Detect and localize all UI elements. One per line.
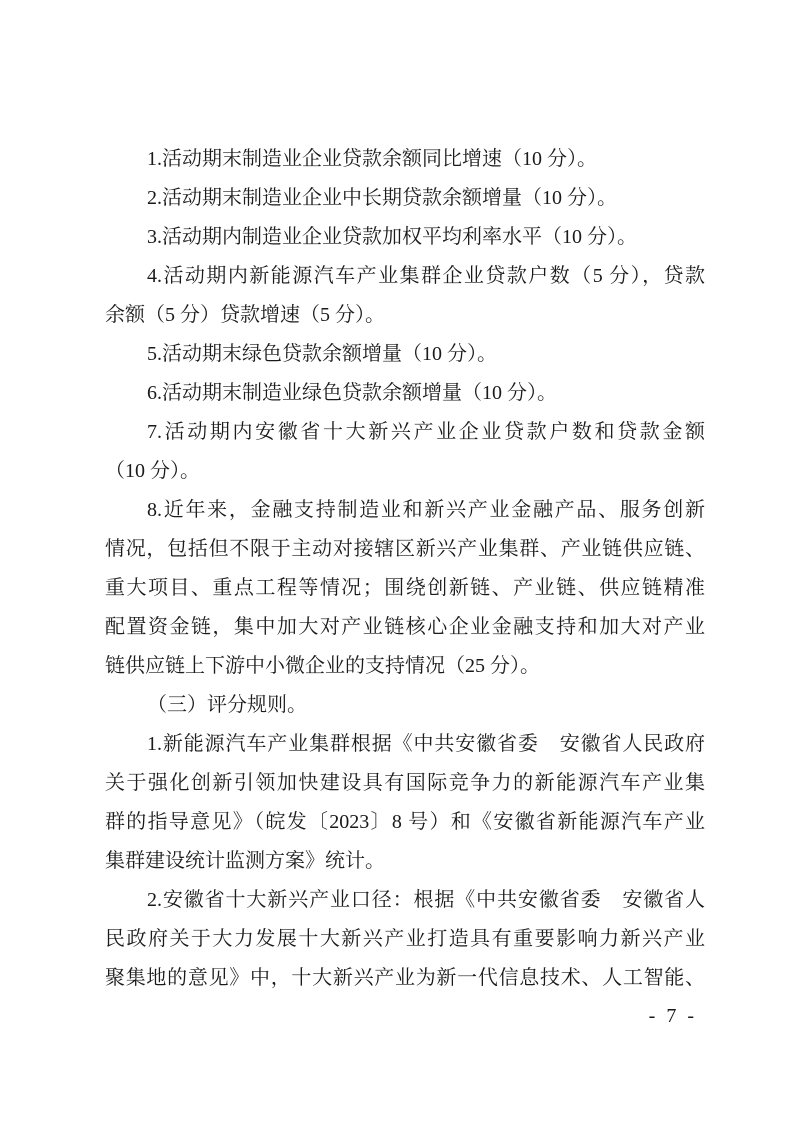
text-line: 链供应链上下游中小微企业的支持情况（25 分）。 <box>105 647 705 686</box>
text-line: 2.安徽省十大新兴产业口径：根据《中共安徽省委 安徽省人 <box>105 881 705 920</box>
text-line: 7.活动期内安徽省十大新兴产业企业贷款户数和贷款金额 <box>105 413 705 452</box>
text-line: 1.新能源汽车产业集群根据《中共安徽省委 安徽省人民政府 <box>105 725 705 764</box>
text-line: 2.活动期末制造业企业中长期贷款余额增量（10 分）。 <box>105 179 705 218</box>
document-body: 1.活动期末制造业企业贷款余额同比增速（10 分）。2.活动期末制造业企业中长期… <box>105 140 705 998</box>
text-line: 关于强化创新引领加快建设具有国际竞争力的新能源汽车产业集 <box>105 764 705 803</box>
text-line: 4.活动期内新能源汽车产业集群企业贷款户数（5 分），贷款 <box>105 257 705 296</box>
text-line: 余额（5 分）贷款增速（5 分）。 <box>105 296 705 335</box>
text-line: 配置资金链，集中加大对产业链核心企业金融支持和加大对产业 <box>105 608 705 647</box>
text-line: 群的指导意见》（皖发〔2023〕8 号）和《安徽省新能源汽车产业 <box>105 803 705 842</box>
page-number: - 7 - <box>649 1004 697 1028</box>
text-line: 3.活动期内制造业企业贷款加权平均利率水平（10 分）。 <box>105 218 705 257</box>
text-line: 6.活动期末制造业绿色贷款余额增量（10 分）。 <box>105 374 705 413</box>
text-line: 5.活动期末绿色贷款余额增量（10 分）。 <box>105 335 705 374</box>
text-line: 民政府关于大力发展十大新兴产业打造具有重要影响力新兴产业 <box>105 920 705 959</box>
text-line: 集群建设统计监测方案》统计。 <box>105 842 705 881</box>
text-line: 重大项目、重点工程等情况；围绕创新链、产业链、供应链精准 <box>105 569 705 608</box>
text-line: （三）评分规则。 <box>105 686 705 725</box>
document-page: 1.活动期末制造业企业贷款余额同比增速（10 分）。2.活动期末制造业企业中长期… <box>0 0 793 1122</box>
text-line: 聚集地的意见》中，十大新兴产业为新一代信息技术、人工智能、 <box>105 959 705 998</box>
text-line: 情况，包括但不限于主动对接辖区新兴产业集群、产业链供应链、 <box>105 530 705 569</box>
text-line: （10 分）。 <box>105 452 705 491</box>
text-line: 8.近年来，金融支持制造业和新兴产业金融产品、服务创新 <box>105 491 705 530</box>
text-line: 1.活动期末制造业企业贷款余额同比增速（10 分）。 <box>105 140 705 179</box>
